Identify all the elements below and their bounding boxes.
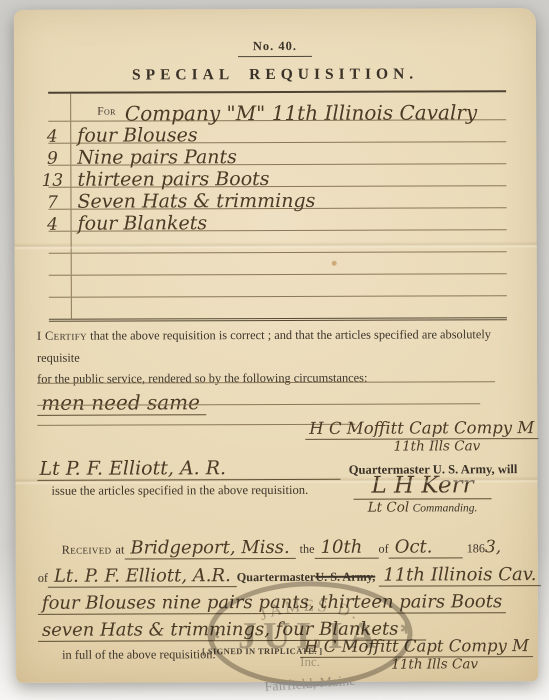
certify-line2: for the public service, rendered so by t… (37, 371, 367, 386)
receipt-line-2: of Lt. P. F. Elliott, A.R. Quartermaster… (38, 566, 522, 588)
receipt-signature-block: H C Moffitt Capt Compy M 11th Ills Cav (300, 638, 514, 672)
table-row: 7 Seven Hats & trimmings (48, 186, 506, 210)
certify-line1: that the above requisition is correct ; … (37, 327, 491, 364)
requisition-document: No. 40. SPECIAL REQUISITION. For Company… (14, 8, 538, 683)
description-cell (72, 296, 507, 319)
quantity-cell (48, 94, 71, 121)
photo-background: { "header": { "form_number": "No. 40.", … (0, 0, 549, 700)
from-of-label: of (38, 571, 48, 586)
table-row-empty (49, 296, 507, 319)
quantity-cell (49, 232, 72, 253)
paper-stain (332, 261, 337, 266)
description-cell: Nine pairs Pants (71, 142, 506, 165)
requisition-table: For Company "M" 11th Illinois Cavalry 4 … (48, 90, 507, 322)
commander-rank: Lt Col (368, 500, 410, 516)
received-month: Oct. (389, 538, 463, 558)
quantity-cell (49, 254, 72, 275)
quantity-cell: 9 (48, 144, 71, 165)
received-from-name: Lt. P. F. Elliott, A.R. (48, 567, 237, 588)
description-cell (72, 252, 507, 275)
quantity-cell: 4 (49, 210, 72, 231)
item-description: Nine pairs Pants (77, 148, 237, 168)
form-number-wrap: No. 40. (14, 36, 536, 58)
item-description: thirteen pairs Boots (77, 170, 269, 190)
watermark-location: Fairfield, Maine (264, 674, 356, 693)
year-digit: 3, (485, 539, 501, 556)
quartermaster-name: Lt P. F. Elliott, A. R. (37, 459, 340, 481)
description-cell (72, 274, 507, 297)
description-cell: Seven Hats & trimmings (71, 186, 506, 209)
receipt-signature-unit: 11th Ills Cav (300, 658, 514, 672)
received-label: Received (62, 543, 112, 558)
captain-unit: 11th Ills Cav (305, 440, 513, 454)
form-number: No. 40. (238, 39, 312, 57)
quantity-cell: 7 (48, 188, 71, 209)
quantity-cell (49, 276, 72, 297)
item-quantity: 4 (47, 129, 58, 146)
for-cell: For Company "M" 11th Illinois Cavalry (71, 92, 506, 121)
for-label: For (97, 106, 116, 121)
description-cell: thirteen pairs Boots (71, 164, 506, 187)
item-quantity: 9 (47, 151, 58, 168)
received-place: Bridgeport, Miss. (124, 539, 295, 560)
commander-rank-line: Lt Col Commanding. (334, 499, 512, 516)
receipt-signature: H C Moffitt Capt Compy M (300, 638, 533, 657)
of-label: of (379, 542, 389, 557)
quantity-cell: 13 (48, 166, 71, 187)
item-quantity: 13 (42, 173, 64, 190)
quartermaster-label: Quartermaster (237, 570, 316, 585)
received-unit: 11th Illinois Cav. (379, 566, 540, 587)
item-quantity: 7 (47, 195, 58, 212)
quantity-cell: 4 (48, 122, 71, 143)
at-label: at (116, 543, 125, 558)
for-value: Company "M" 11th Illinois Cavalry (125, 102, 477, 123)
year-prefix: 186 (467, 541, 485, 556)
table-row-for: For Company "M" 11th Illinois Cavalry (48, 92, 506, 122)
item-description: Seven Hats & trimmings (77, 192, 315, 212)
captain-signature: H C Moffitt Capt Compy M (305, 420, 538, 439)
quantity-cell (49, 298, 72, 319)
the-label: the (300, 542, 315, 557)
table-row: 13 thirteen pairs Boots (48, 164, 506, 188)
commander-signature: L H Kerr (353, 474, 491, 499)
issue-printed-line: issue the articles specified in the abov… (51, 483, 308, 499)
document-title-wrap: SPECIAL REQUISITION. (14, 65, 536, 85)
receipt-items-line1: four Blouses nine pairs pants, thirteen … (38, 593, 506, 615)
item-description: four Blankets (78, 214, 208, 233)
captain-signature-block: H C Moffitt Capt Compy M 11th Ills Cav (305, 420, 513, 454)
table-row-empty (49, 252, 507, 276)
struck-us-army: U. S. Army, (315, 570, 375, 585)
item-quantity: 4 (47, 217, 58, 234)
certify-lead: I Certify (37, 329, 87, 343)
commanding-printed-label: Commanding. (413, 502, 478, 514)
commander-signature-block: L H Kerr Lt Col Commanding. (333, 474, 511, 516)
received-day: 10th (315, 539, 379, 559)
receipt-line-1: Received at Bridgeport, Miss. the 10th o… (62, 538, 522, 560)
table-row: 9 Nine pairs Pants (48, 142, 506, 166)
item-description: four Blouses (77, 126, 197, 145)
document-title: SPECIAL REQUISITION. (132, 66, 418, 84)
table-row-empty (49, 274, 507, 298)
